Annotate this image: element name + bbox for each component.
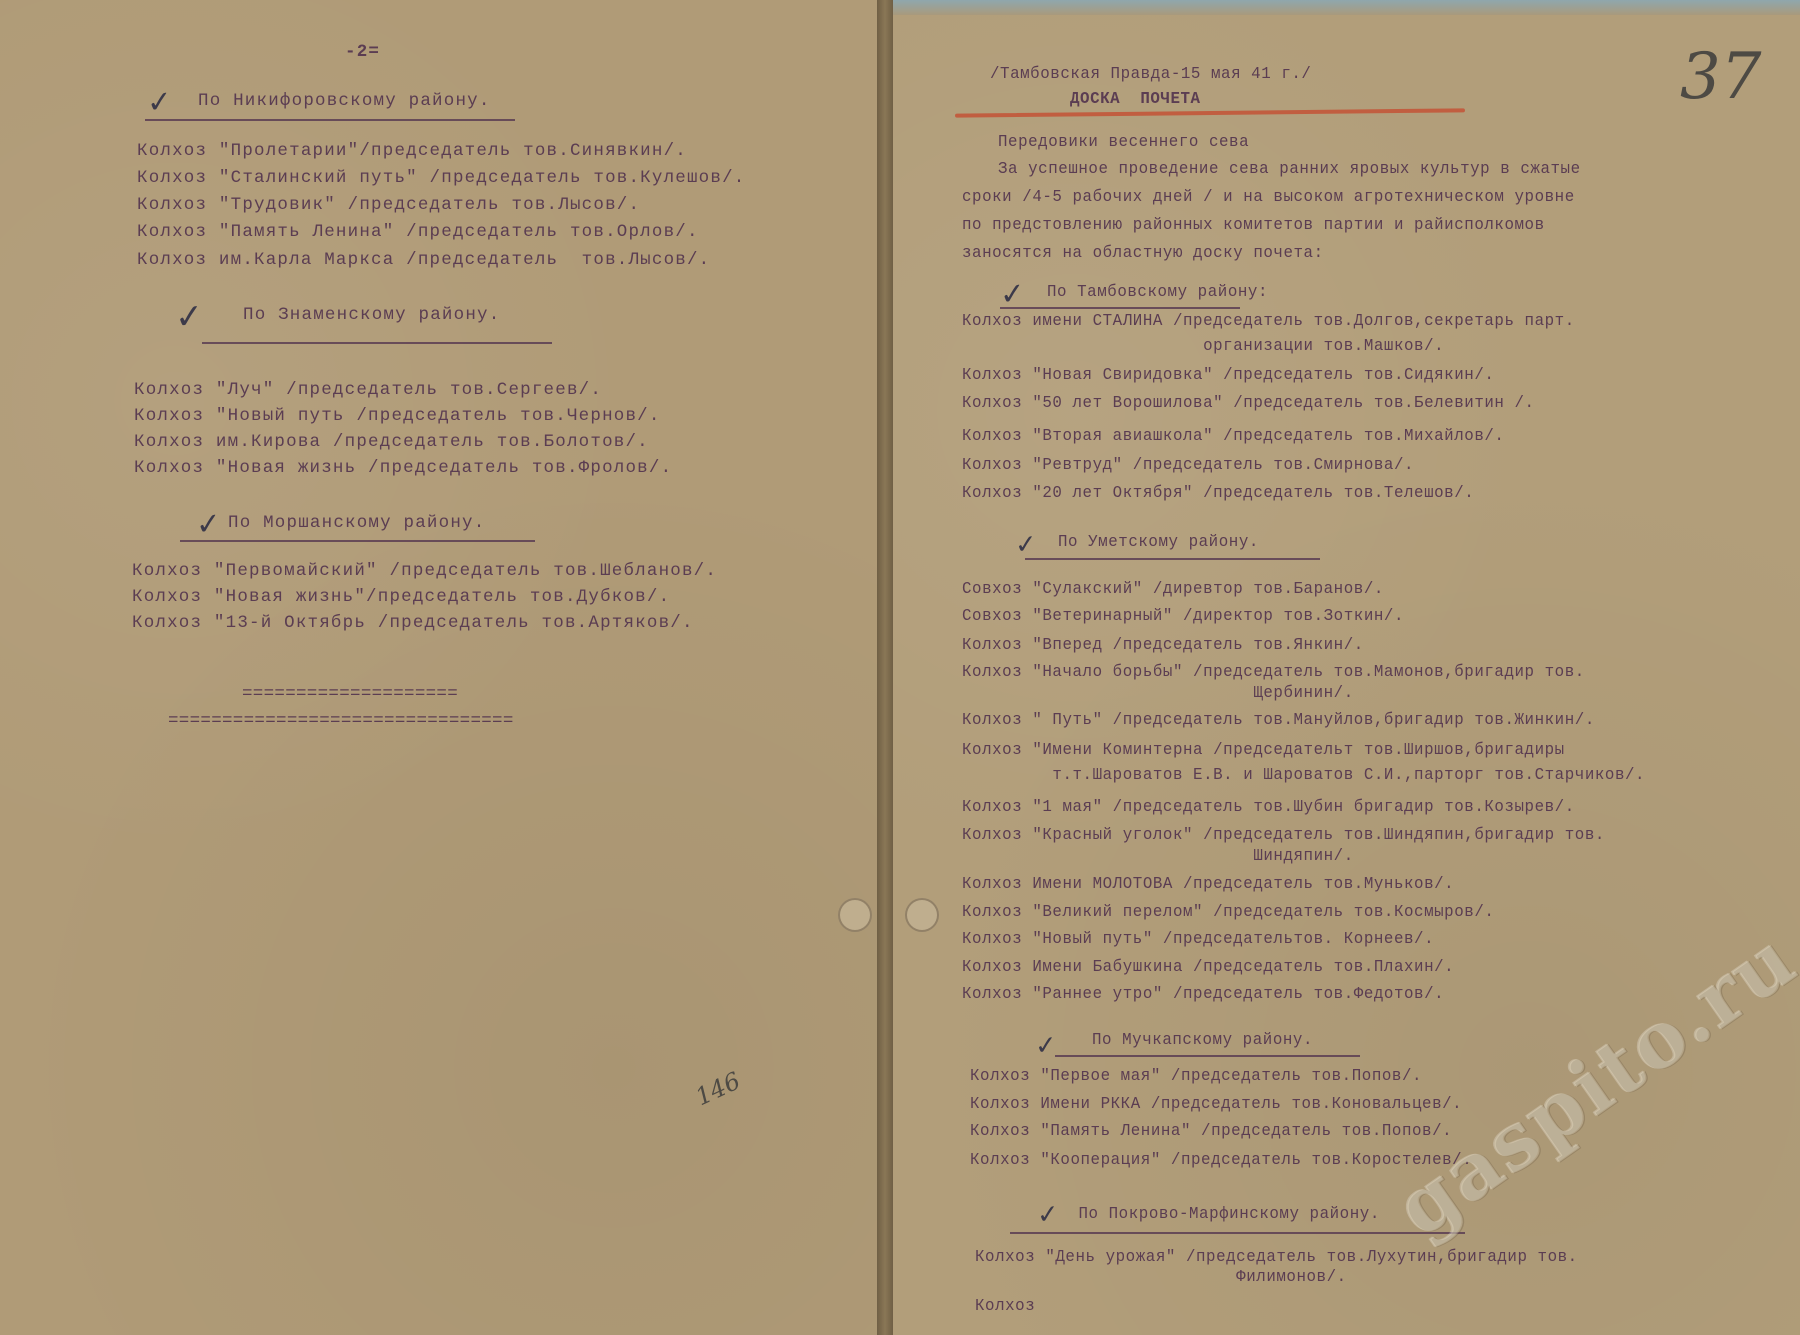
list-item: Колхоз "50 лет Ворошилова" /председатель…	[962, 394, 1535, 413]
list-item: Совхоз "Сулакский" /диревтор тов.Баранов…	[962, 580, 1384, 599]
punch-hole-right	[905, 898, 939, 932]
intro-line: по предстовлению районных комитетов парт…	[962, 216, 1545, 235]
book-spine	[877, 0, 893, 1335]
list-item: Шиндяпин/.	[962, 847, 1354, 866]
list-item: Колхоз "Новый путь /председатель тов.Чер…	[134, 406, 661, 426]
checkmark-icon: ✓	[195, 509, 222, 541]
list-item: Щербинин/.	[962, 684, 1354, 703]
section-heading: По Моршанскому району.	[228, 513, 485, 533]
list-item: Колхоз "День урожая" /председатель тов.Л…	[975, 1248, 1578, 1267]
list-item: Колхоз "Имени Коминтерна /председательт …	[962, 741, 1565, 760]
heading-underline	[180, 540, 535, 542]
document-subtitle: Передовики весеннего сева	[998, 133, 1249, 152]
list-item: Колхоз Имени МОЛОТОВА /председатель тов.…	[962, 875, 1454, 894]
archival-document-spread: -2= ✓ По Никифоровскому району. Колхоз "…	[0, 0, 1800, 1335]
list-item: Колхоз "Новая Свиридовка" /председатель …	[962, 366, 1494, 385]
list-item: Колхоз Имени РККА /председатель тов.Коно…	[970, 1095, 1462, 1114]
list-item: Колхоз им.Карла Маркса /председатель тов…	[137, 250, 710, 270]
list-item: Колхоз "Великий перелом" /председатель т…	[962, 903, 1494, 922]
list-item: Совхоз "Ветеринарный" /директор тов.Зотк…	[962, 607, 1404, 626]
list-item: Колхоз "Первомайский" /председатель тов.…	[132, 561, 717, 581]
list-item: Колхоз "Красный уголок" /председатель то…	[962, 826, 1605, 845]
heading-underline	[1025, 558, 1320, 560]
list-item: Колхоз "Новая жизнь"/председатель тов.Ду…	[132, 587, 670, 607]
page-number-marker: -2=	[345, 42, 380, 62]
list-item: т.т.Шароватов Е.В. и Шароватов С.И.,парт…	[962, 766, 1645, 785]
list-item: Колхоз имени СТАЛИНА /председатель тов.Д…	[962, 312, 1575, 331]
intro-line: заносятся на областную доску почета:	[962, 244, 1324, 263]
list-item: Колхоз "Новый путь" /председательтов. Ко…	[962, 930, 1434, 949]
list-item: Колхоз	[975, 1297, 1035, 1316]
list-item: Колхоз "Сталинский путь" /председатель т…	[137, 168, 746, 188]
heading-underline	[1000, 307, 1240, 309]
heading-underline	[1010, 1232, 1465, 1234]
heading-underline	[1055, 1055, 1360, 1057]
heading-underline	[145, 119, 515, 121]
section-heading: По Покрово-Марфинскому району.	[1032, 1205, 1380, 1224]
section-heading: По Никифоровскому району.	[198, 91, 491, 111]
list-item: Колхоз "Начало борьбы" /председатель тов…	[962, 663, 1585, 682]
list-item: Колхоз "Вторая авиашкола" /председатель …	[962, 427, 1504, 446]
checkmark-icon: ✓	[1014, 531, 1038, 558]
divider-long: ================================	[168, 711, 514, 731]
intro-line: За успешное проведение сева ранних яровы…	[998, 160, 1581, 179]
document-title: ДОСКА ПОЧЕТА	[1070, 90, 1201, 109]
divider-short: ====================	[242, 684, 458, 704]
archive-folio-number: 37	[1680, 40, 1761, 114]
checkmark-icon: ✓	[146, 87, 173, 119]
list-item: Колхоз "1 мая" /председатель тов.Шубин б…	[962, 798, 1575, 817]
list-item: Колхоз "Первое мая" /председатель тов.По…	[970, 1067, 1422, 1086]
list-item: Колхоз "Пролетарии"/председатель тов.Син…	[137, 141, 687, 161]
list-item: Колхоз Имени Бабушкина /председатель тов…	[962, 958, 1454, 977]
list-item: Колхоз "Новая жизнь /председатель тов.Фр…	[134, 458, 672, 478]
list-item: организации тов.Машков/.	[962, 337, 1444, 356]
list-item: Колхоз "Ревтруд" /председатель тов.Смирн…	[962, 456, 1414, 475]
background-strip	[893, 0, 1800, 15]
list-item: Колхоз "Трудовик" /председатель тов.Лысо…	[137, 195, 640, 215]
list-item: Колхоз " Путь" /председатель тов.Мануйло…	[962, 711, 1595, 730]
list-item: Колхоз "Память Ленина" /председатель тов…	[970, 1122, 1452, 1141]
section-heading: По Тамбовскому району:	[1047, 283, 1268, 302]
checkmark-icon: ✓	[174, 299, 205, 335]
list-item: Колхоз "20 лет Октября" /председатель то…	[962, 484, 1474, 503]
section-heading: По Мучкапскому району.	[1092, 1031, 1313, 1050]
source-line: /Тамбовская Правда-15 мая 41 г./	[990, 65, 1311, 84]
list-item: Колхоз "Вперед /председатель тов.Янкин/.	[962, 636, 1364, 655]
section-heading: По Уметскому району.	[1058, 533, 1259, 552]
list-item: Колхоз "Память Ленина" /председатель тов…	[137, 222, 699, 242]
list-item: Колхоз "Луч" /председатель тов.Сергеев/.	[134, 380, 602, 400]
list-item: Филимонов/.	[975, 1268, 1347, 1287]
list-item: Колхоз им.Кирова /председатель тов.Болот…	[134, 432, 649, 452]
punch-hole-left	[838, 898, 872, 932]
intro-line: сроки /4-5 рабочих дней / и на высоком а…	[962, 188, 1575, 207]
heading-underline	[202, 342, 552, 344]
list-item: Колхоз "13-й Октябрь /председатель тов.А…	[132, 613, 694, 633]
list-item: Колхоз "Раннее утро" /председатель тов.Ф…	[962, 985, 1444, 1004]
section-heading: По Знаменскому району.	[243, 305, 500, 325]
